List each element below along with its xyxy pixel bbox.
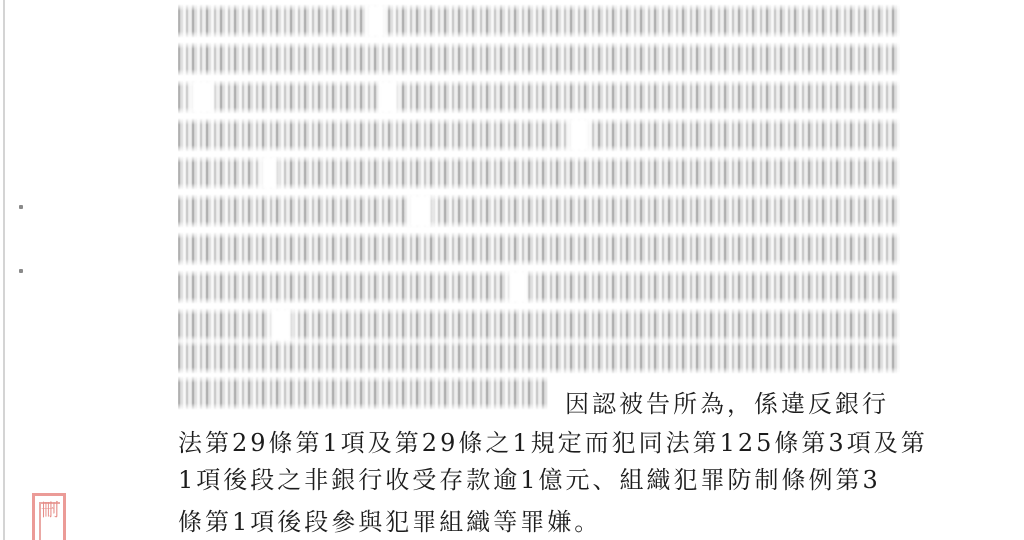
redacted-gap xyxy=(260,156,278,190)
redacted-line xyxy=(178,42,900,76)
binding-hole-mark xyxy=(19,205,23,209)
seal-glyph: 刪 xyxy=(41,502,59,520)
redacted-gap xyxy=(408,194,432,228)
paragraph-line: 1項後段之非銀行收受存款逾1億元、組織犯罪防制條例第3 xyxy=(178,460,900,500)
redacted-line xyxy=(178,80,900,114)
paragraph-line: 條第1項後段參與犯罪組織等罪嫌。 xyxy=(178,502,900,540)
redacted-line xyxy=(178,194,900,228)
redacted-gap xyxy=(508,270,528,304)
paragraph-line: 因認被告所為，係違反銀行 xyxy=(565,384,889,424)
margin-line xyxy=(3,0,5,540)
redacted-text-block xyxy=(178,0,900,420)
redacted-line xyxy=(178,232,900,266)
redacted-gap xyxy=(190,80,214,114)
redacted-gap xyxy=(378,80,398,114)
redacted-line xyxy=(178,340,900,374)
seal-stamp: 刪 xyxy=(32,493,66,540)
paragraph-line: 法第29條第1項及第29條之1規定而犯同法第125條第3項及第 xyxy=(178,423,900,463)
redacted-gap xyxy=(366,4,386,38)
redacted-line xyxy=(178,4,900,38)
document-page: 因認被告所為，係違反銀行 法第29條第1項及第29條之1規定而犯同法第125條第… xyxy=(0,0,1024,540)
redacted-gap xyxy=(270,308,292,342)
redacted-line xyxy=(178,118,900,152)
binding-hole-mark xyxy=(19,269,23,273)
redacted-gap xyxy=(568,118,590,152)
redacted-line xyxy=(178,270,900,304)
redacted-line xyxy=(178,376,548,410)
redacted-line xyxy=(178,156,900,190)
